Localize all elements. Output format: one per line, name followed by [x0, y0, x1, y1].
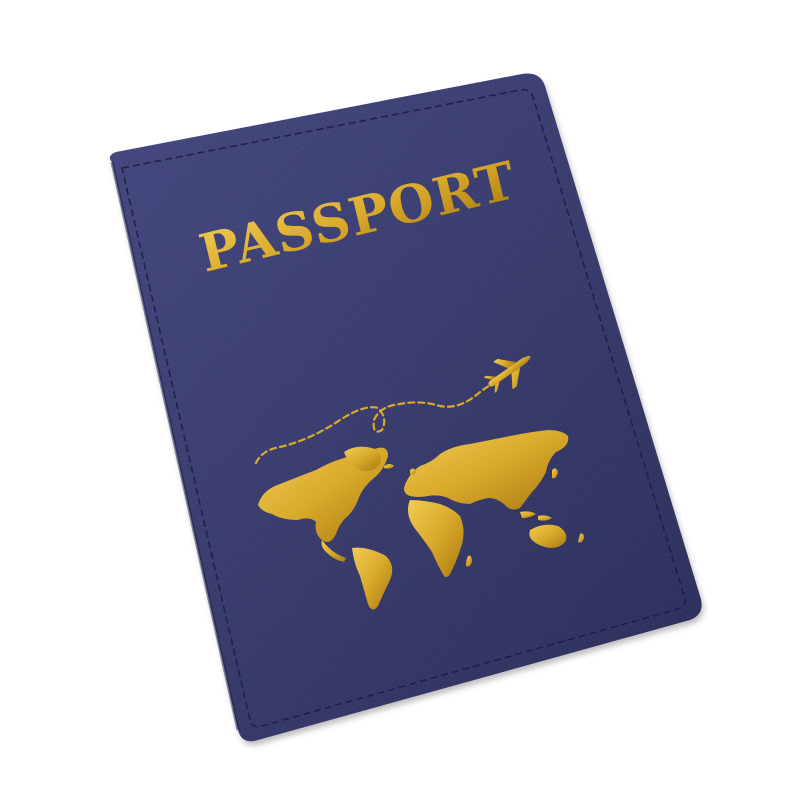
passport-cover-illustration: PASSPORT: [0, 0, 800, 800]
product-photo: PASSPORT: [0, 0, 800, 800]
